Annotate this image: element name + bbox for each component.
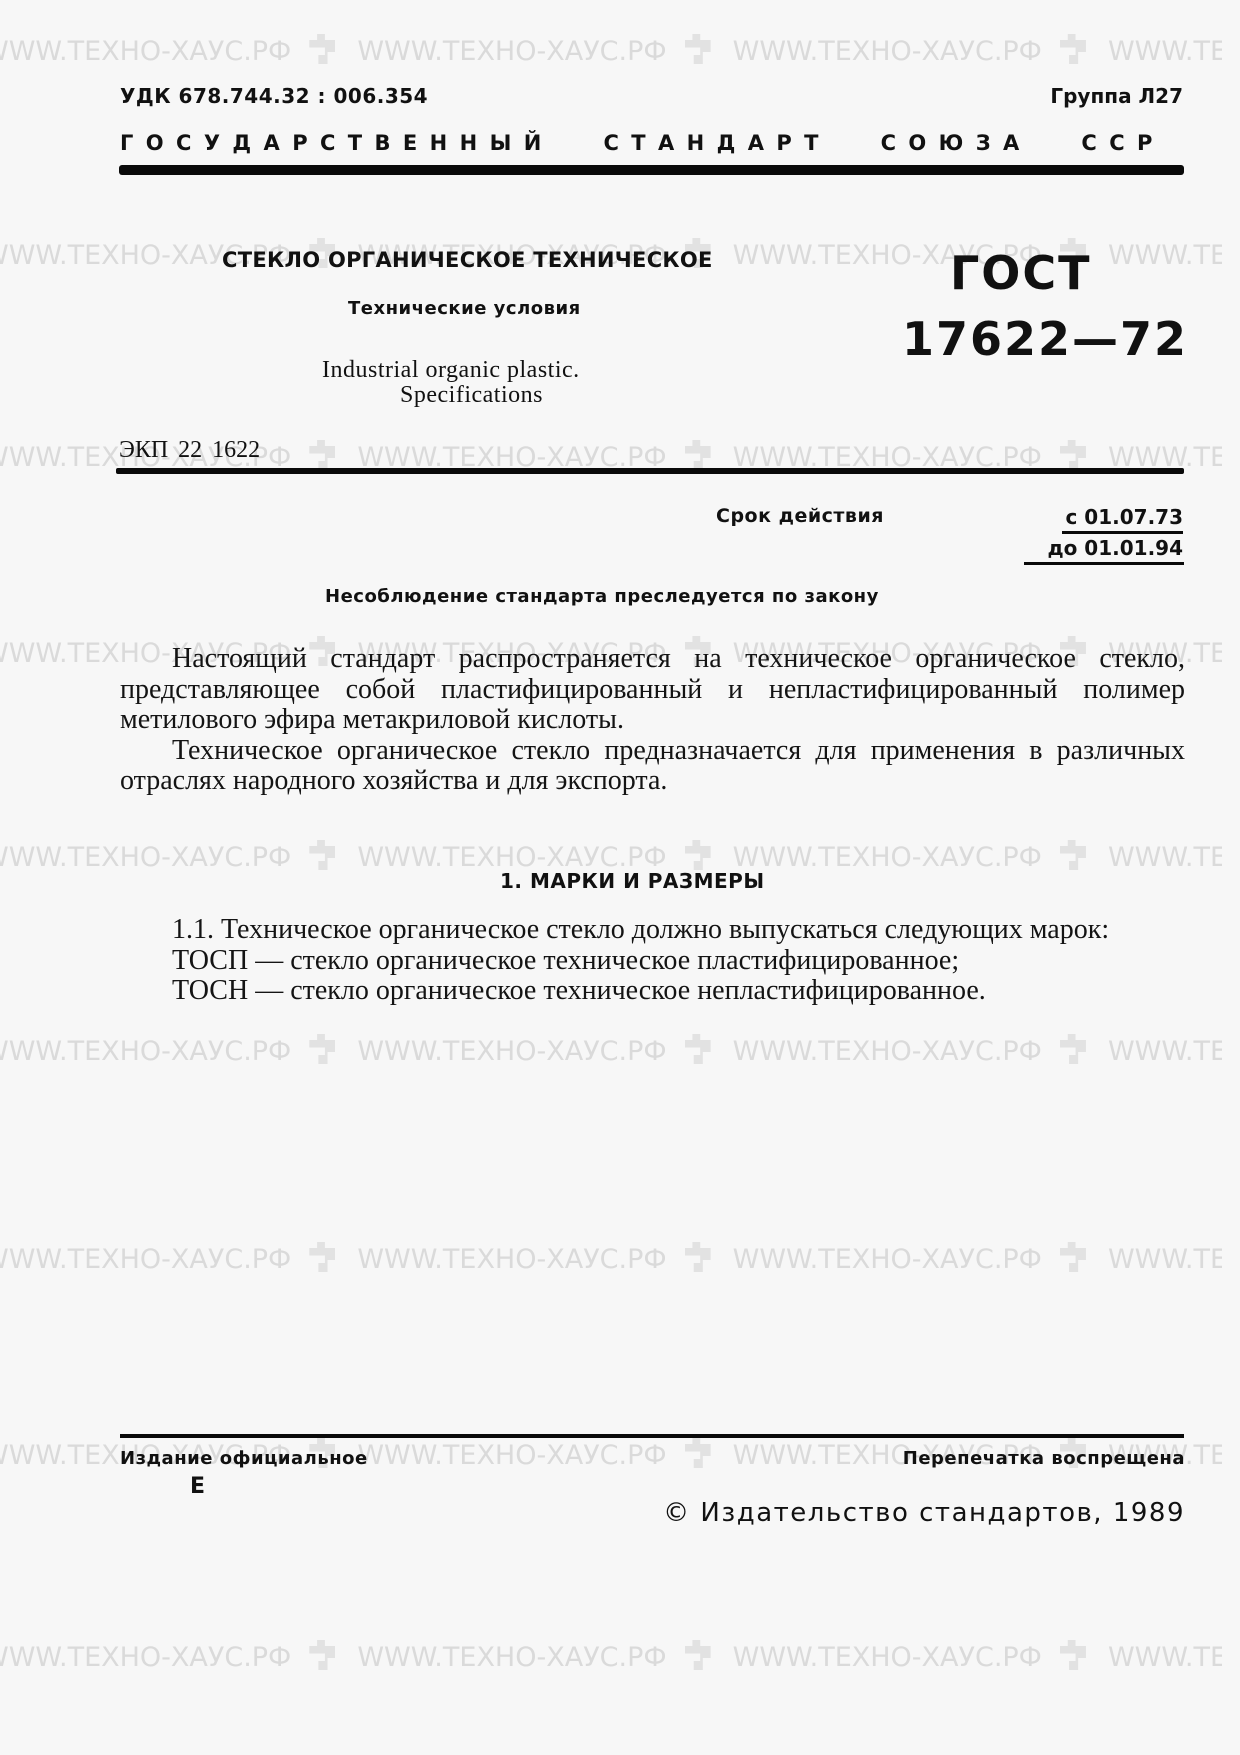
watermark-text: WWW.ТЕХНО-ХАУС.РФ (1108, 36, 1222, 67)
paragraph-scope: Настоящий стандарт распространяется на т… (120, 644, 1185, 736)
watermark-text: WWW.ТЕХНО-ХАУС.РФ (733, 842, 1042, 873)
house-logo-icon (1060, 440, 1086, 470)
watermark-text: WWW.ТЕХНО-ХАУС.РФ (0, 1642, 291, 1673)
watermark-row: WWW.ТЕХНО-ХАУС.РФWWW.ТЕХНО-ХАУС.РФWWW.ТЕ… (0, 1034, 1222, 1074)
watermark-text: WWW.ТЕХНО-ХАУС.РФ (0, 842, 291, 873)
house-logo-icon (309, 840, 335, 870)
body-section-1: 1.1. Техническое органическое стекло дол… (120, 915, 1185, 1007)
validity-from-underline (1062, 531, 1183, 534)
document-subtitle: Технические условия (348, 298, 581, 319)
house-logo-icon (685, 1640, 711, 1670)
official-edition-label: Издание официальное (120, 1448, 368, 1469)
okp-code: ЭКП 22 1622 (119, 437, 260, 464)
grade-code: ТОСП (172, 945, 248, 976)
watermark-text: WWW.ТЕХНО-ХАУС.РФ (357, 36, 666, 67)
house-logo-icon (309, 1034, 335, 1064)
house-logo-icon (1060, 840, 1086, 870)
grade-description: — стекло органическое техническое пласти… (255, 945, 959, 976)
english-title-line2: Specifications (400, 382, 543, 409)
validity-from: с 01.07.73 (1065, 505, 1183, 529)
clause-1-1: 1.1. Техническое органическое стекло дол… (120, 915, 1185, 946)
watermark-text: WWW.ТЕХНО-ХАУС.РФ (733, 1036, 1042, 1067)
house-logo-icon (309, 1640, 335, 1670)
house-logo-icon (309, 440, 335, 470)
section-heading: 1. МАРКИ И РАЗМЕРЫ (500, 869, 765, 893)
validity-to-underline (1024, 562, 1184, 565)
english-title-line1: Industrial organic plastic. (322, 357, 580, 384)
watermark-text: WWW.ТЕХНО-ХАУС.РФ (0, 36, 291, 67)
title-rule (116, 468, 1184, 474)
watermark-text: WWW.ТЕХНО-ХАУС.РФ (733, 1244, 1042, 1275)
house-logo-icon (1060, 1242, 1086, 1272)
gost-number: 17622—72 (902, 312, 1188, 366)
legal-notice: Несоблюдение стандарта преследуется по з… (325, 586, 879, 607)
watermark-text: WWW.ТЕХНО-ХАУС.РФ (1108, 1244, 1222, 1275)
house-logo-icon (309, 34, 335, 64)
watermark-text: WWW.ТЕХНО-ХАУС.РФ (1108, 240, 1222, 271)
watermark-row: WWW.ТЕХНО-ХАУС.РФWWW.ТЕХНО-ХАУС.РФWWW.ТЕ… (0, 1242, 1222, 1282)
watermark-text: WWW.ТЕХНО-ХАУС.РФ (357, 1036, 666, 1067)
house-logo-icon (1060, 1034, 1086, 1064)
house-logo-icon (1060, 1640, 1086, 1670)
grade-code: ТОСН (172, 975, 248, 1006)
watermark-text: WWW.ТЕХНО-ХАУС.РФ (0, 1244, 291, 1275)
house-logo-icon (685, 1242, 711, 1272)
gost-label: ГОСТ (950, 246, 1092, 300)
state-standard-banner: ГОСУДАРСТВЕННЫЙ СТАНДАРТ СОЮЗА ССР (120, 131, 1200, 155)
house-logo-icon (685, 440, 711, 470)
grade-item: ТОСН — стекло органическое техническое н… (120, 976, 1185, 1007)
document-title: СТЕКЛО ОРГАНИЧЕСКОЕ ТЕХНИЧЕСКОЕ (222, 248, 713, 272)
house-logo-icon (1060, 34, 1086, 64)
reprint-prohibited-label: Перепечатка воспрещена (903, 1448, 1185, 1469)
watermark-text: WWW.ТЕХНО-ХАУС.РФ (733, 1642, 1042, 1673)
validity-to: до 01.01.94 (1047, 536, 1183, 560)
watermark-text: WWW.ТЕХНО-ХАУС.РФ (357, 1244, 666, 1275)
watermark-text: WWW.ТЕХНО-ХАУС.РФ (733, 36, 1042, 67)
copyright-notice: © Издательство стандартов, 1989 (663, 1498, 1185, 1528)
watermark-text: WWW.ТЕХНО-ХАУС.РФ (357, 1440, 666, 1471)
house-logo-icon (685, 1034, 711, 1064)
footer-rule (120, 1434, 1184, 1438)
udc-code: УДК 678.744.32 : 006.354 (120, 84, 428, 108)
watermark-text: WWW.ТЕХНО-ХАУС.РФ (1108, 1036, 1222, 1067)
house-logo-icon (685, 34, 711, 64)
paragraph-purpose: Техническое органическое стекло предназн… (120, 736, 1185, 797)
house-logo-icon (309, 1242, 335, 1272)
watermark-row: WWW.ТЕХНО-ХАУС.РФWWW.ТЕХНО-ХАУС.РФWWW.ТЕ… (0, 1640, 1222, 1680)
watermark-text: WWW.ТЕХНО-ХАУС.РФ (0, 1036, 291, 1067)
watermark-text: WWW.ТЕХНО-ХАУС.РФ (1108, 842, 1222, 873)
group-code: Группа Л27 (1050, 84, 1183, 108)
house-logo-icon (685, 840, 711, 870)
body-intro: Настоящий стандарт распространяется на т… (120, 644, 1185, 797)
house-logo-icon (685, 1438, 711, 1468)
edition-mark: Е (190, 1474, 205, 1499)
grade-item: ТОСП — стекло органическое техническое п… (120, 946, 1185, 977)
grade-description: — стекло органическое техническое неплас… (255, 975, 986, 1006)
watermark-row: WWW.ТЕХНО-ХАУС.РФWWW.ТЕХНО-ХАУС.РФWWW.ТЕ… (0, 34, 1222, 74)
watermark-text: WWW.ТЕХНО-ХАУС.РФ (1108, 1642, 1222, 1673)
validity-label: Срок действия (716, 505, 884, 527)
watermark-text: WWW.ТЕХНО-ХАУС.РФ (357, 1642, 666, 1673)
header-rule (119, 165, 1184, 175)
